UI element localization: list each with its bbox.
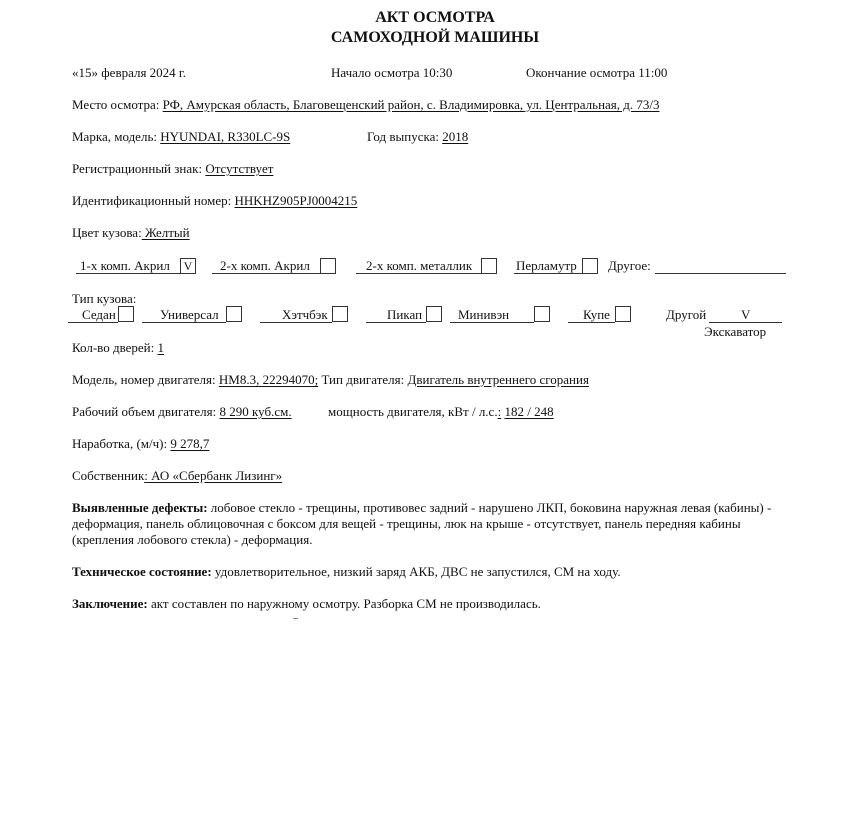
year-label: Год выпуска: [367,129,442,144]
place-label: Место осмотра: [72,97,163,112]
volume-label: Рабочий объем двигателя: [72,404,220,419]
brand-label: Марка, модель: [72,129,160,144]
engine-label: Модель, номер двигателя: [72,372,219,387]
conclusion-paragraph: Заключение: акт составлен по наружному о… [72,596,772,612]
year-value: 2018 [442,129,468,144]
inspection-end: Окончание осмотра 11:00 [526,65,667,81]
body-option-wagon-checkbox[interactable] [226,306,242,322]
reg-label: Регистрационный знак: [72,161,205,176]
body-option-coupe-checkbox[interactable] [615,306,631,322]
hours-value: 9 278,7 [170,436,209,451]
body-option-minivan-label: Минивэн [458,307,509,323]
hours-label: Наработка, (м/ч): [72,436,170,451]
color-field: Цвет кузова: Желтый [72,225,190,241]
tech-state-label: Техническое состояние: [72,564,212,579]
body-other-label: Другой [666,307,706,323]
doors-label: Кол-во дверей: [72,340,158,355]
place-value: РФ, Амурская область, Благовещенский рай… [163,97,660,112]
body-option-hatchback-checkbox[interactable] [332,306,348,322]
place-field: Место осмотра: РФ, Амурская область, Бла… [72,97,660,113]
reg-value: Отсутствует [205,161,273,176]
color-value: Желтый [142,225,190,240]
paint-other-input[interactable] [655,273,786,274]
engine-field: Модель, номер двигателя: HM8.3, 22294070… [72,372,589,388]
paint-option-2-checkbox[interactable] [320,258,336,274]
paint-option-2-label: 2-х комп. Акрил [220,258,310,274]
power-value: 182 / 248 [504,404,553,419]
vin-value: HHKHZ905PJ0004215 [234,193,357,208]
volume-value: 8 290 куб.см. [220,404,292,419]
paint-option-1-checkbox[interactable]: V [180,258,196,274]
body-type-label: Тип кузова: [72,291,136,307]
body-option-sedan-label: Седан [82,307,116,323]
doors-value: 1 [158,340,165,355]
conclusion-value: акт составлен по наружному осмотру. Разб… [148,596,541,611]
paint-option-3-checkbox[interactable] [481,258,497,274]
body-other-mark[interactable]: V [741,307,750,323]
inspection-date: «15» февраля 2024 г. [72,65,186,81]
volume-field: Рабочий объем двигателя: 8 290 куб.см. [72,404,292,420]
tech-state-value: удовлетворительное, низкий заряд АКБ, ДВ… [212,564,621,579]
doors-field: Кол-во дверей: 1 [72,340,164,356]
body-option-hatchback-label: Хэтчбэк [282,307,328,323]
body-option-sedan-checkbox[interactable] [118,306,134,322]
body-option-minivan-checkbox[interactable] [534,306,550,322]
inspection-start: Начало осмотра 10:30 [331,65,452,81]
paint-option-1-label: 1-х комп. Акрил [80,258,170,274]
power-sep: : [498,404,502,419]
hours-field: Наработка, (м/ч): 9 278,7 [72,436,209,452]
owner-label: Собственник [72,468,144,483]
power-label: мощность двигателя, кВт / л.с. [328,404,498,419]
document-title-line2: САМОХОДНОЙ МАШИНЫ [0,29,860,47]
paint-option-4-label: Перламутр [516,258,577,274]
body-option-pickup-checkbox[interactable] [426,306,442,322]
tech-state-paragraph: Техническое состояние: удовлетворительно… [72,564,772,580]
reg-field: Регистрационный знак: Отсутствует [72,161,273,177]
body-option-wagon-label: Универсал [160,307,219,323]
body-option-pickup-label: Пикап [387,307,422,323]
paint-option-4-checkbox[interactable] [582,258,598,274]
brand-value: HYUNDAI, R330LC-9S [160,129,290,144]
engine-type-label: Тип двигателя: [318,372,407,387]
body-option-coupe-label: Купе [583,307,610,323]
defects-label: Выявленные дефекты: [72,500,208,515]
vin-label: Идентификационный номер: [72,193,234,208]
owner-field: Собственник: АО «Сбербанк Лизинг» [72,468,282,484]
owner-value: АО «Сбербанк Лизинг» [148,468,282,483]
defects-paragraph: Выявленные дефекты: лобовое стекло - тре… [72,500,772,548]
year-field: Год выпуска: 2018 [367,129,468,145]
color-label: Цвет кузова: [72,225,142,240]
brand-field: Марка, модель: HYUNDAI, R330LC-9S [72,129,290,145]
stray-mark [293,618,298,619]
document-title-line1: АКТ ОСМОТРА [0,9,860,27]
paint-other-label: Другое: [608,258,651,274]
conclusion-label: Заключение: [72,596,148,611]
paint-option-3-label: 2-х комп. металлик [366,258,472,274]
engine-type-value: Двигатель внутреннего сгорания [407,372,588,387]
power-field: мощность двигателя, кВт / л.с.: 182 / 24… [328,404,554,420]
vin-field: Идентификационный номер: HHKHZ905PJ00042… [72,193,357,209]
body-other-value: Экскаватор [704,324,766,340]
engine-value: HM8.3, 22294070; [219,372,318,387]
